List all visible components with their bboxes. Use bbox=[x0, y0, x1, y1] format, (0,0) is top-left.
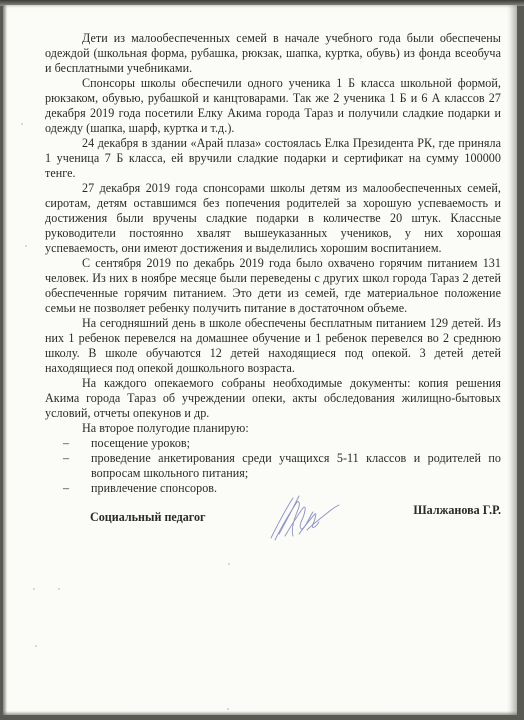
paragraph-free-meals: На сегодняшний день в школе обеспечены б… bbox=[45, 316, 501, 376]
paragraph-president-tree: 24 декабря в здании «Арай плаза» состоял… bbox=[45, 136, 501, 181]
handwritten-signature-icon bbox=[263, 490, 343, 545]
paragraph-gifts: 27 декабря 2019 года спонсорами школы де… bbox=[45, 181, 501, 256]
paragraph-guardianship-docs: На каждого опекаемого собраны необходимы… bbox=[45, 376, 501, 421]
scan-speck bbox=[58, 588, 60, 590]
signature-name: Шалжанова Г.Р. bbox=[413, 503, 501, 518]
plan-item: – проведение анкетирования среди учащихс… bbox=[79, 451, 501, 481]
scan-speck bbox=[35, 645, 37, 647]
dash-bullet-icon: – bbox=[63, 481, 69, 496]
page-bottom-shadow bbox=[3, 711, 517, 715]
plan-list: – посещение уроков; – проведение анкетир… bbox=[45, 436, 501, 496]
plan-item: – посещение уроков; bbox=[79, 436, 501, 451]
plan-item-text: привлечение спонсоров. bbox=[91, 481, 217, 495]
plan-item-text: проведение анкетирования среди учащихся … bbox=[91, 451, 501, 480]
page-left-shadow bbox=[3, 5, 7, 715]
document-page: Дети из малообеспеченных семей в начале … bbox=[3, 5, 517, 715]
scan-speck bbox=[228, 563, 230, 565]
page-right-shadow bbox=[507, 5, 517, 715]
scan-speck bbox=[33, 588, 35, 590]
paragraph-clothing: Дети из малообеспеченных семей в начале … bbox=[45, 31, 501, 76]
plan-intro: На второе полугодие планирую: bbox=[45, 421, 501, 436]
document-body: Дети из малообеспеченных семей в начале … bbox=[45, 31, 501, 496]
dash-bullet-icon: – bbox=[63, 451, 69, 466]
scan-speck bbox=[21, 123, 23, 125]
paragraph-sponsors: Спонсоры школы обеспечили одного ученика… bbox=[45, 76, 501, 136]
signature-block: Социальный педагог Шалжанова Г.Р. bbox=[45, 503, 501, 543]
signature-role: Социальный педагог bbox=[90, 510, 206, 525]
plan-item-text: посещение уроков; bbox=[91, 436, 190, 450]
scan-speck bbox=[25, 245, 27, 247]
scan-speck bbox=[227, 708, 229, 710]
dash-bullet-icon: – bbox=[63, 436, 69, 451]
paragraph-hot-meals: С сентября 2019 по декабрь 2019 года был… bbox=[45, 256, 501, 316]
